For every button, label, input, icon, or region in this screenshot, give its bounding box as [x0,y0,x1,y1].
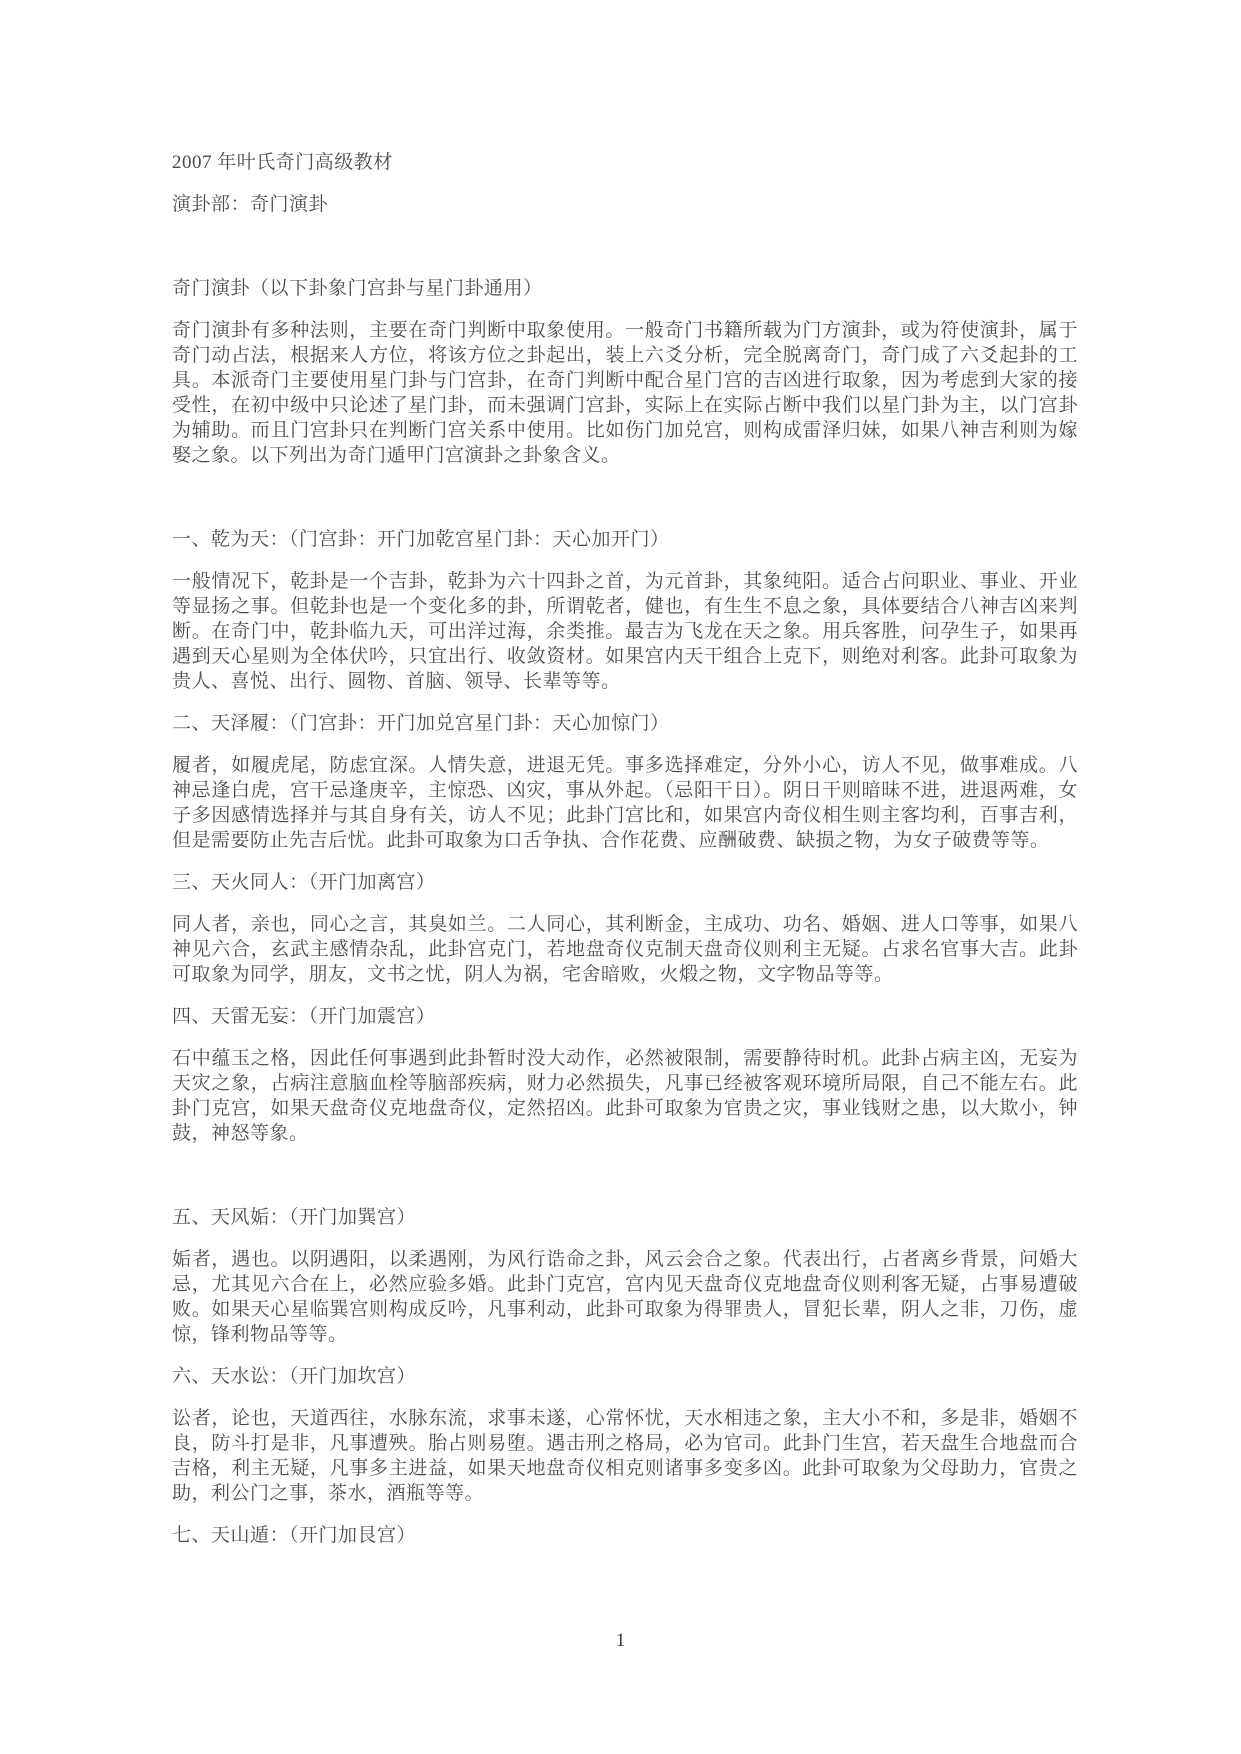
section-heading: 五、天风姤：（开门加巽宫） [172,1205,1078,1230]
section-paragraph: 石中蕴玉之格，因此任何事遇到此卦暂时没大动作，必然被限制，需要静待时机。此卦占病… [172,1046,1078,1146]
section-paragraph: 履者，如履虎尾，防虑宜深。人情失意，进退无凭。事多选择难定，分外小心，访人不见，… [172,753,1078,853]
doc-part-title: 演卦部：奇门演卦 [172,192,1078,217]
section-heading: 七、天山遁：（开门加艮宫） [172,1523,1078,1548]
document-body: 2007 年叶氏奇门高级教材 演卦部：奇门演卦 奇门演卦（以下卦象门宫卦与星门卦… [172,150,1078,1565]
page-number: 1 [0,1628,1241,1653]
blank-line [172,1163,1078,1188]
section-paragraph: 同人者，亲也，同心之言，其臭如兰。二人同心，其利断金，主成功、功名、婚姻、进人口… [172,912,1078,987]
section-heading: 四、天雷无妄：（开门加震宫） [172,1004,1078,1029]
blank-line [172,234,1078,259]
section-heading: 三、天火同人：（开门加离宫） [172,870,1078,895]
section-tian-huo-tong-ren: 三、天火同人：（开门加离宫） 同人者，亲也，同心之言，其臭如兰。二人同心，其利断… [172,870,1078,987]
section-heading: 一、乾为天：（门宫卦：开门加乾宫星门卦：天心加开门） [172,527,1078,552]
section-tian-lei-wu-wang: 四、天雷无妄：（开门加震宫） 石中蕴玉之格，因此任何事遇到此卦暂时没大动作，必然… [172,1004,1078,1146]
doc-title: 2007 年叶氏奇门高级教材 [172,150,1078,175]
section-qian-wei-tian: 一、乾为天：（门宫卦：开门加乾宫星门卦：天心加开门） 一般情况下，乾卦是一个吉卦… [172,527,1078,694]
section-paragraph: 姤者，遇也。以阴遇阳，以柔遇刚，为风行诰命之卦，风云会合之象。代表出行，占者离乡… [172,1247,1078,1347]
section-heading: 六、天水讼：（开门加坎宫） [172,1364,1078,1389]
section-tian-ze-lv: 二、天泽履：（门宫卦：开门加兑宫星门卦：天心加惊门） 履者，如履虎尾，防虑宜深。… [172,711,1078,853]
document-page: 2007 年叶氏奇门高级教材 演卦部：奇门演卦 奇门演卦（以下卦象门宫卦与星门卦… [0,0,1241,1754]
section-tian-shui-song: 六、天水讼：（开门加坎宫） 讼者，论也，天道西往，水脉东流，求事未遂，心常怀忧，… [172,1364,1078,1506]
section-paragraph: 讼者，论也，天道西往，水脉东流，求事未遂，心常怀忧，天水相违之象，主大小不和，多… [172,1406,1078,1506]
section-paragraph: 一般情况下，乾卦是一个吉卦，乾卦为六十四卦之首，为元首卦，其象纯阳。适合占问职业… [172,569,1078,694]
doc-subtitle: 奇门演卦（以下卦象门宫卦与星门卦通用） [172,276,1078,301]
section-tian-shan-dun: 七、天山遁：（开门加艮宫） [172,1523,1078,1548]
section-tian-feng-gou: 五、天风姤：（开门加巽宫） 姤者，遇也。以阴遇阳，以柔遇刚，为风行诰命之卦，风云… [172,1205,1078,1347]
blank-line [172,485,1078,510]
intro-paragraph: 奇门演卦有多种法则，主要在奇门判断中取象使用。一般奇门书籍所载为门方演卦，或为符… [172,318,1078,468]
section-heading: 二、天泽履：（门宫卦：开门加兑宫星门卦：天心加惊门） [172,711,1078,736]
